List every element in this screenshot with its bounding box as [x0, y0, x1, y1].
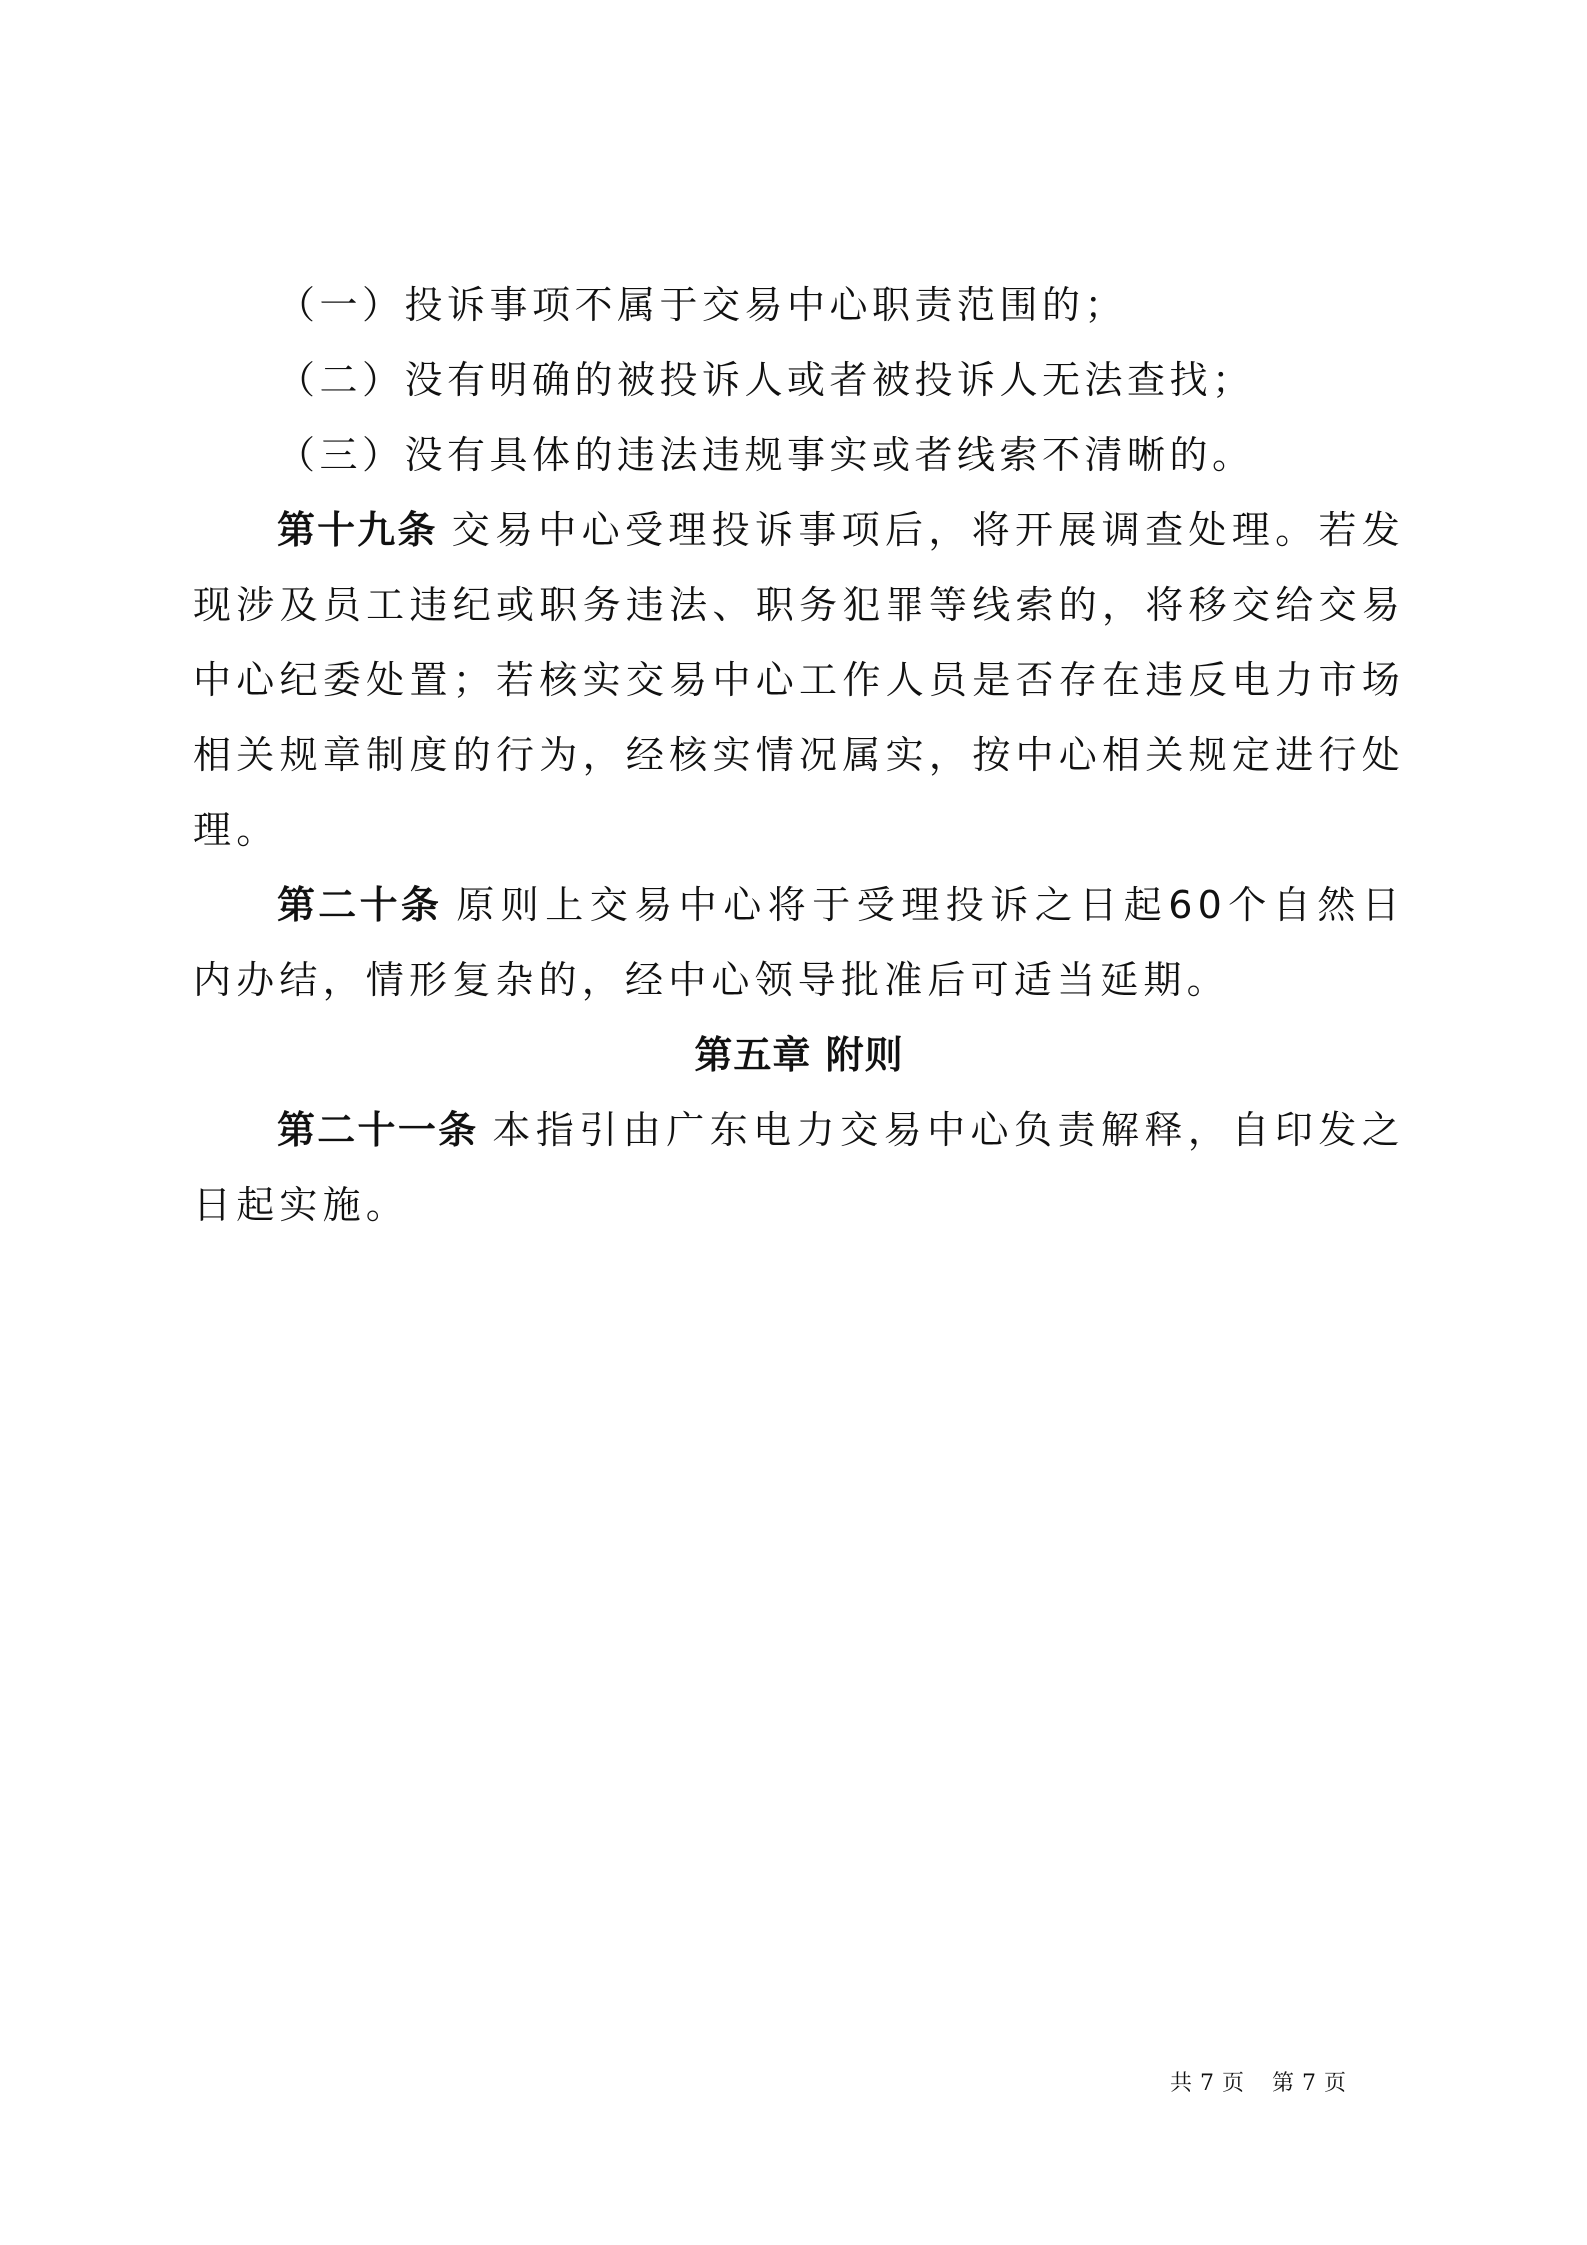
chapter-heading: 第五章 附则 — [193, 1018, 1405, 1093]
total-prefix: 共 — [1170, 2071, 1194, 2096]
article-20: 第二十条原则上交易中心将于受理投诉之日起60个自然日内办结，情形复杂的，经中心领… — [193, 868, 1405, 1018]
article-21-label: 第二十一条 — [277, 1108, 478, 1152]
current-page: 7 — [1302, 2071, 1318, 2096]
page-footer: 共7页第7页 — [1170, 2066, 1354, 2097]
total-pages: 7 — [1200, 2071, 1216, 2096]
current-suffix: 页 — [1324, 2071, 1348, 2096]
article-20-label: 第二十条 — [277, 883, 442, 927]
document-page: （一）投诉事项不属于交易中心职责范围的； （二）没有明确的被投诉人或者被投诉人无… — [0, 0, 1587, 2245]
list-item-2: （二）没有明确的被投诉人或者被投诉人无法查找； — [193, 343, 1405, 418]
list-item-1: （一）投诉事项不属于交易中心职责范围的； — [193, 268, 1405, 343]
article-19-text: 交易中心受理投诉事项后，将开展调查处理。若发现涉及员工违纪或职务违法、职务犯罪等… — [193, 508, 1405, 852]
article-19-label: 第十九条 — [277, 508, 438, 552]
list-item-3: （三）没有具体的违法违规事实或者线索不清晰的。 — [193, 418, 1405, 493]
document-body: （一）投诉事项不属于交易中心职责范围的； （二）没有明确的被投诉人或者被投诉人无… — [193, 268, 1405, 1243]
article-21: 第二十一条本指引由广东电力交易中心负责解释，自印发之日起实施。 — [193, 1093, 1405, 1243]
total-suffix: 页 — [1222, 2071, 1246, 2096]
article-19: 第十九条交易中心受理投诉事项后，将开展调查处理。若发现涉及员工违纪或职务违法、职… — [193, 493, 1405, 868]
current-prefix: 第 — [1272, 2071, 1296, 2096]
